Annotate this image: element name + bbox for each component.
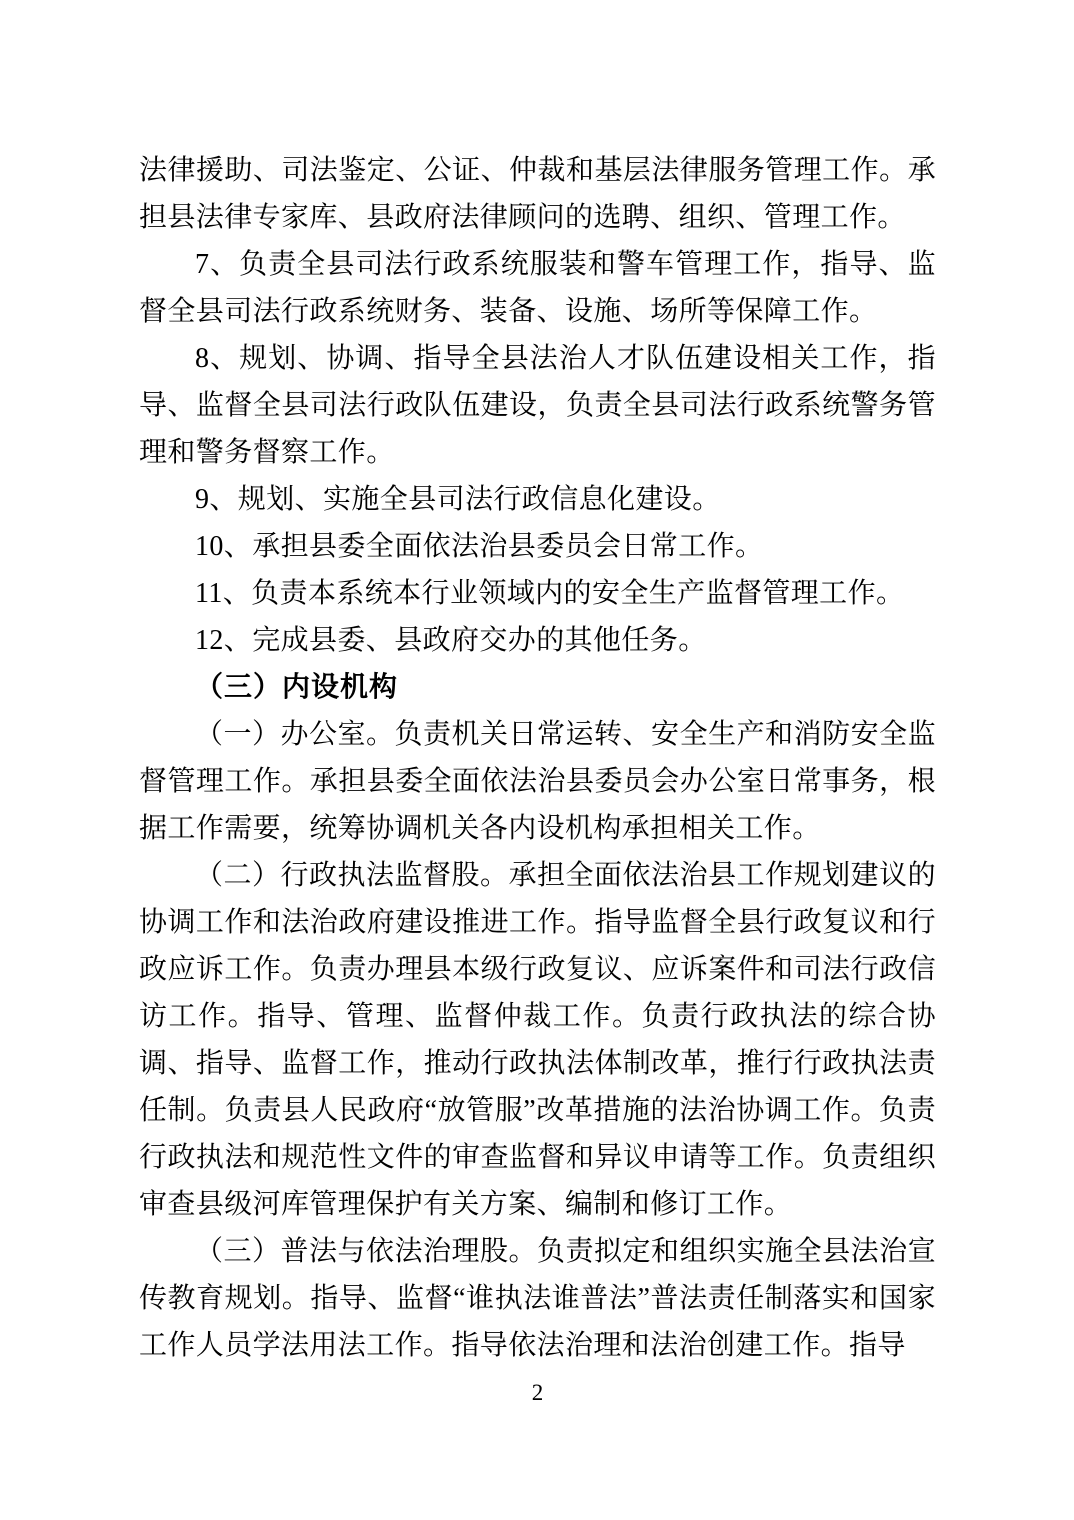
document-body: 法律援助、司法鉴定、公证、仲裁和基层法律服务管理工作。承担县法律专家库、县政府法…	[139, 147, 936, 1369]
paragraph-item-12: 12、完成县委、县政府交办的其他任务。	[139, 617, 936, 664]
paragraph-continuation-legal-services: 法律援助、司法鉴定、公证、仲裁和基层法律服务管理工作。承担县法律专家库、县政府法…	[139, 147, 936, 241]
paragraph-item-11: 11、负责本系统本行业领域内的安全生产监督管理工作。	[139, 570, 936, 617]
paragraph-administrative-law-enforcement-supervision: （二）行政执法监督股。承担全面依法治县工作规划建议的协调工作和法治政府建设推进工…	[139, 852, 936, 1228]
section-heading-internal-organization: （三）内设机构	[139, 664, 936, 711]
paragraph-item-8: 8、规划、协调、指导全县法治人才队伍建设相关工作，指导、监督全县司法行政队伍建设…	[139, 335, 936, 476]
paragraph-office-duties: （一）办公室。负责机关日常运转、安全生产和消防安全监督管理工作。承担县委全面依法…	[139, 711, 936, 852]
page-number: 2	[532, 1380, 544, 1405]
document-page: 法律援助、司法鉴定、公证、仲裁和基层法律服务管理工作。承担县法律专家库、县政府法…	[0, 0, 1074, 1520]
paragraph-law-popularization-governance: （三）普法与依法治理股。负责拟定和组织实施全县法治宣传教育规划。指导、监督“谁执…	[139, 1228, 936, 1369]
paragraph-item-7: 7、负责全县司法行政系统服装和警车管理工作，指导、监督全县司法行政系统财务、装备…	[139, 241, 936, 335]
page-footer: 2	[139, 1378, 936, 1408]
paragraph-item-10: 10、承担县委全面依法治县委员会日常工作。	[139, 523, 936, 570]
paragraph-item-9: 9、规划、实施全县司法行政信息化建设。	[139, 476, 936, 523]
